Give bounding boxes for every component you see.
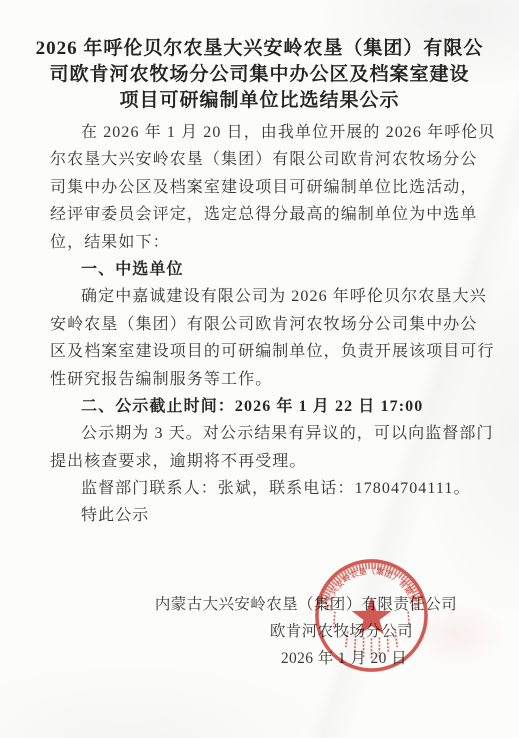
document-body: 在 2026 年 1 月 20 日，由我单位开展的 2026 年呼伦贝 尔农垦大…	[50, 119, 480, 530]
body-line: 性研究报告编制服务等工作。	[50, 366, 480, 393]
document-page: 2026 年呼伦贝尔农垦大兴安岭农垦（集团）有限公 司欧肯河农牧场分公司集中办公…	[0, 0, 519, 738]
body-line: 司集中办公区及档案室建设项目可研编制单位比选活动，	[50, 174, 480, 201]
section-heading: 二、公示截止时间：2026 年 1 月 22 日 17:00	[50, 393, 480, 420]
body-line: 公示期为 3 天。对公示结果有异议的，可以向监督部门	[50, 420, 480, 447]
body-line: 安岭农垦（集团）有限公司欧肯河农牧场分公司集中办公	[50, 311, 480, 338]
body-line: 确定中嘉诚建设有限公司为 2026 年呼伦贝尔农垦大兴	[50, 283, 480, 310]
official-seal: 内蒙古大兴安岭农垦（集团）有限责任公司	[312, 556, 431, 675]
body-line: 特此公示	[50, 502, 480, 529]
body-line: 监督部门联系人：张斌，联系电话：17804704111。	[50, 475, 480, 502]
body-line: 经评审委员会评定，选定总得分最高的编制单位为中选单	[50, 201, 480, 228]
section-heading: 一、中选单位	[50, 256, 480, 283]
title-line: 司欧肯河农牧场分公司集中办公区及档案室建设	[0, 62, 519, 88]
body-line: 区及档案室建设项目的可研编制单位，负责开展该项目可行	[50, 338, 480, 365]
body-line: 提出核查要求，逾期将不再受理。	[50, 448, 480, 475]
title-line: 项目可研编制单位比选结果公示	[0, 88, 519, 114]
body-line: 尔农垦大兴安岭农垦（集团）有限公司欧肯河农牧场分公	[50, 146, 480, 173]
title-line: 2026 年呼伦贝尔农垦大兴安岭农垦（集团）有限公	[0, 36, 519, 62]
seal-star-icon	[352, 597, 392, 635]
body-line: 在 2026 年 1 月 20 日，由我单位开展的 2026 年呼伦贝	[50, 119, 480, 146]
document-title: 2026 年呼伦贝尔农垦大兴安岭农垦（集团）有限公 司欧肯河农牧场分公司集中办公…	[0, 36, 519, 114]
body-line: 位，结果如下：	[50, 229, 480, 256]
